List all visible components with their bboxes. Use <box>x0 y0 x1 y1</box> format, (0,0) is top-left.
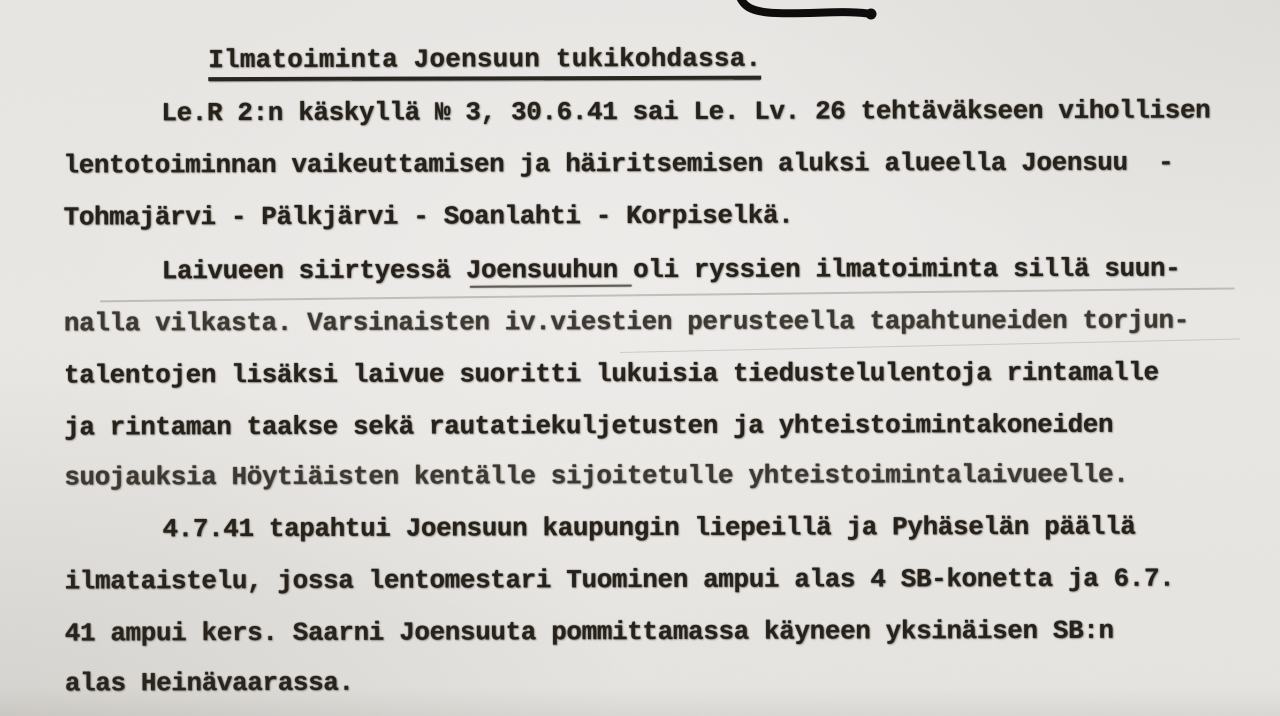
text-line: alas Heinävaarassa. <box>65 670 354 697</box>
text-line: Laivueen siirtyessä Joensuuhun oli ryssi… <box>162 256 1181 285</box>
document-page: Ilmatoiminta Joensuun tukikohdassa. Le.R… <box>0 0 1280 716</box>
text-line: Tohmajärvi - Pälkjärvi - Soanlahti - Kor… <box>64 203 794 231</box>
text-line: ilmataistelu, jossa lentomestari Tuomine… <box>65 566 1175 595</box>
document-title: Ilmatoiminta Joensuun tukikohdassa. <box>208 46 761 81</box>
text-line: nalla vilkasta. Varsinaisten iv.viestien… <box>64 308 1189 337</box>
pencil-underline <box>620 338 1240 353</box>
pencil-underline <box>100 287 1235 301</box>
text-line: ja rintaman taakse sekä rautatiekuljetus… <box>64 412 1113 441</box>
text-line: talentojen lisäksi laivue suoritti lukui… <box>64 360 1159 389</box>
text-line: lentotoiminnan vaikeuttamisen ja häirits… <box>63 150 1173 179</box>
text-line: 4.7.41 tapahtui Joensuun kaupungin liepe… <box>162 514 1135 543</box>
typewritten-text-block: Ilmatoiminta Joensuun tukikohdassa. Le.R… <box>0 0 1280 716</box>
text-line: 41 ampui kers. Saarni Joensuuta pommitta… <box>65 618 1114 647</box>
text-line: suojauksia Höytiäisten kentälle sijoitet… <box>64 462 1128 491</box>
text-line: Le.R 2:n käskyllä № 3, 30.6.41 sai Le. L… <box>161 98 1210 127</box>
